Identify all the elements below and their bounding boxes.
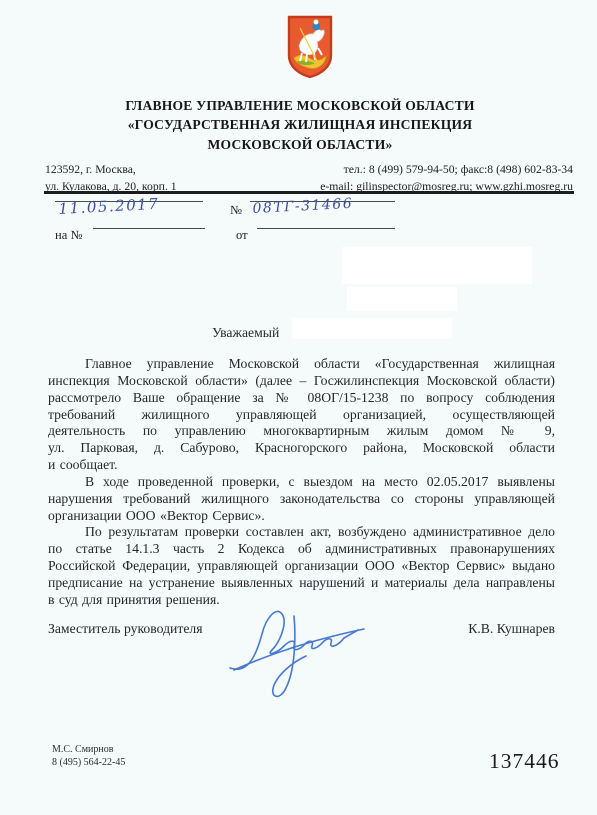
contact-details: тел.: 8 (499) 579-94-50; факс:8 (498) 60… bbox=[320, 161, 573, 195]
postal-address: 123592, г. Москва, ул. Кулакова, д. 20, … bbox=[45, 161, 177, 195]
executor-name: М.С. Смирнов bbox=[52, 743, 125, 756]
reply-number-underline bbox=[93, 228, 205, 229]
reply-date-underline bbox=[257, 228, 395, 229]
redaction-box bbox=[342, 247, 532, 284]
org-name-line: «ГОСУДАРСТВЕННАЯ ЖИЛИЩНАЯ ИНСПЕКЦИЯ bbox=[45, 115, 555, 134]
body-line: нарушения требований жилищного законодат… bbox=[48, 491, 555, 508]
executor-phone: 8 (495) 564-22-45 bbox=[52, 756, 125, 769]
body-line: ул. Парковая, д. Сабурово, Красногорског… bbox=[48, 440, 555, 457]
executor-block: М.С. Смирнов 8 (495) 564-22-45 bbox=[52, 743, 125, 769]
number-label: № bbox=[230, 203, 242, 218]
body-line: По результатам проверки составлен акт, в… bbox=[48, 524, 555, 541]
body-line: Российской Федерации, управляющей органи… bbox=[48, 558, 555, 575]
reply-to-number-label: на № bbox=[55, 228, 83, 243]
signer-position: Заместитель руководителя bbox=[48, 621, 203, 637]
body-line: В ходе проведенной проверки, с выездом н… bbox=[48, 474, 555, 491]
org-name: ГЛАВНОЕ УПРАВЛЕНИЕ МОСКОВСКОЙ ОБЛАСТИ «Г… bbox=[45, 96, 555, 154]
address-line: 123592, г. Москва, bbox=[45, 161, 177, 178]
registration-stamp-number: 137446 bbox=[489, 749, 560, 774]
contact-row: 123592, г. Москва, ул. Кулакова, д. 20, … bbox=[45, 161, 573, 195]
handwritten-number: 08ТГ-31466 bbox=[252, 196, 353, 217]
body-line: и сообщает. bbox=[48, 457, 555, 474]
body-line: инспекция Московской области» (далее – Г… bbox=[48, 373, 555, 390]
scanned-letter-page: ГЛАВНОЕ УПРАВЛЕНИЕ МОСКОВСКОЙ ОБЛАСТИ «Г… bbox=[0, 0, 597, 815]
paragraph: Главное управление Московской области «Г… bbox=[48, 356, 555, 474]
body-line: требований жилищного управляющей организ… bbox=[48, 407, 555, 424]
body-line: Главное управление Московской области «Г… bbox=[48, 356, 555, 373]
redaction-box bbox=[292, 318, 452, 339]
body-line: организации ООО «Вектор Сервис». bbox=[48, 508, 555, 525]
coat-of-arms-icon bbox=[287, 15, 333, 79]
salutation: Уважаемый bbox=[212, 325, 279, 341]
paragraph: В ходе проведенной проверки, с выездом н… bbox=[48, 474, 555, 525]
reply-from-label: от bbox=[236, 228, 248, 243]
phone-fax-line: тел.: 8 (499) 579-94-50; факс:8 (498) 60… bbox=[320, 161, 573, 178]
redaction-box bbox=[347, 287, 457, 311]
org-name-line: МОСКОВСКОЙ ОБЛАСТИ» bbox=[45, 135, 555, 154]
handwritten-date: 11.05.2017 bbox=[58, 195, 160, 218]
body-line: по статье 14.1.3 часть 2 Кодекса об адми… bbox=[48, 541, 555, 558]
body-line: рассмотрело Ваше обращение за № 08ОГ/15-… bbox=[48, 390, 555, 407]
header-divider bbox=[44, 191, 574, 194]
handwritten-signature bbox=[222, 590, 377, 708]
org-name-line: ГЛАВНОЕ УПРАВЛЕНИЕ МОСКОВСКОЙ ОБЛАСТИ bbox=[45, 96, 555, 115]
signer-name: К.В. Кушнарев bbox=[468, 621, 555, 637]
letter-body: Главное управление Московской области «Г… bbox=[48, 356, 555, 609]
body-line: деятельность по управлению многоквартирн… bbox=[48, 423, 555, 440]
